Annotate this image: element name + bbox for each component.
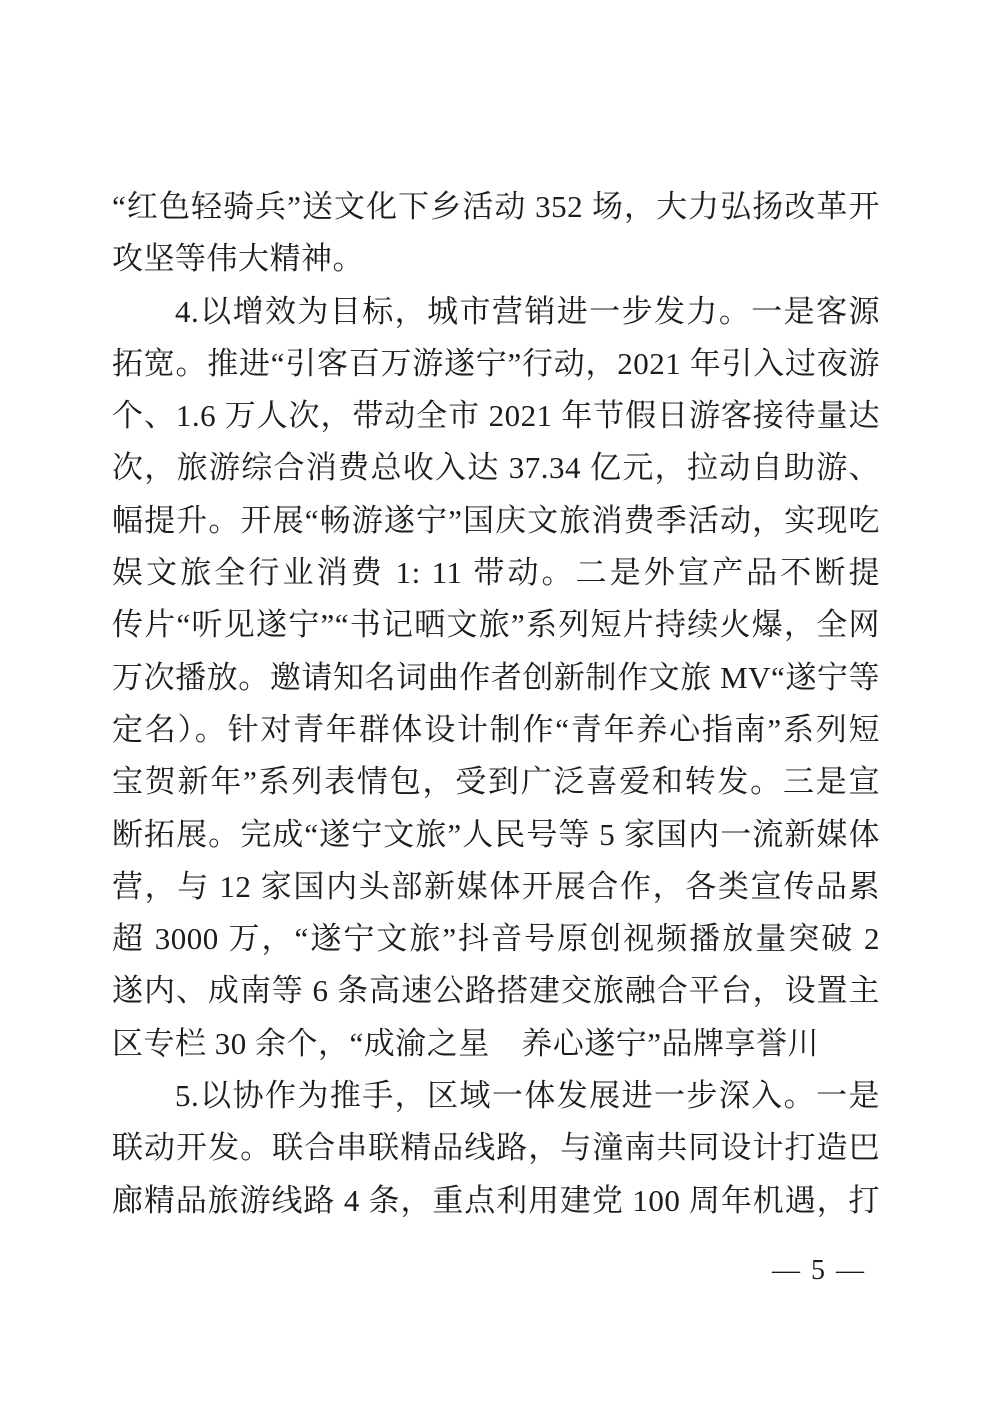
text-line: 娱文旅全行业消费 1: 11 带动。二是外宣产品不断提升。文旅宣 xyxy=(112,547,880,599)
text-line: 遂内、成南等 6 条高速公路搭建交旅融合平台，设置主题宣传专 xyxy=(112,965,880,1017)
text-line: 区专栏 30 余个，“成渝之星 养心遂宁”品牌享誉川渝。 xyxy=(112,1018,880,1070)
text-line: 宝贺新年”系列表情包，受到广泛喜爱和转发。三是宣传平台不 xyxy=(112,756,880,808)
document-page: “红色轻骑兵”送文化下乡活动 352 场，大力弘扬改革开放、脱贫攻坚等伟大精神。… xyxy=(0,0,992,1403)
text-line: 传片“听见遂宁”“书记晒文旅”系列短片持续火爆，全网突破 350 xyxy=(112,599,880,651)
text-line: 攻坚等伟大精神。 xyxy=(112,233,880,285)
text-line: 联动开发。联合串联精品线路，与潼南共同设计打造巴蜀旅游走 xyxy=(112,1122,880,1174)
text-line: 廊精品旅游线路 4 条，重点利用建党 100 周年机遇，打造红色研 xyxy=(112,1175,880,1227)
text-line: 超 3000 万，“遂宁文旅”抖音号原创视频播放量突破 2 亿次。在 xyxy=(112,913,880,965)
text-line: 幅提升。开展“畅游遂宁”国庆文旅消费季活动，实现吃住行游购 xyxy=(112,495,880,547)
text-line: 万次播放。邀请知名词曲作者创新制作文旅 MV“遂宁等您”（暂 xyxy=(112,652,880,704)
text-line: 次，旅游综合消费总收入达 37.34 亿元，拉动自助游、周边游大 xyxy=(112,442,880,494)
text-line: 5.以协作为推手，区域一体发展进一步深入。一是文旅资源 xyxy=(112,1070,880,1122)
document-body: “红色轻骑兵”送文化下乡活动 352 场，大力弘扬改革开放、脱贫攻坚等伟大精神。… xyxy=(112,181,880,1227)
text-line: “红色轻骑兵”送文化下乡活动 352 场，大力弘扬改革开放、脱贫 xyxy=(112,181,880,233)
text-line: 断拓展。完成“遂宁文旅”人民号等 5 家国内一流新媒体的注册运 xyxy=(112,809,880,861)
text-line: 营，与 12 家国内头部新媒体开展合作，各类宣传品累计阅读量 xyxy=(112,861,880,913)
text-line: 拓宽。推进“引客百万游遂宁”行动，2021 年引入过夜游团队 303 xyxy=(112,338,880,390)
text-line: 定名）。针对青年群体设计制作“青年养心指南”系列短视频、“国 xyxy=(112,704,880,756)
text-line: 4.以增效为目标，城市营销进一步发力。一是客源市场不断 xyxy=(112,286,880,338)
text-line: 个、1.6 万人次，带动全市 2021 年节假日游客接待量达 810 万人 xyxy=(112,390,880,442)
page-footer: — 5 — xyxy=(772,1255,866,1287)
page-number: — 5 — xyxy=(772,1255,866,1286)
